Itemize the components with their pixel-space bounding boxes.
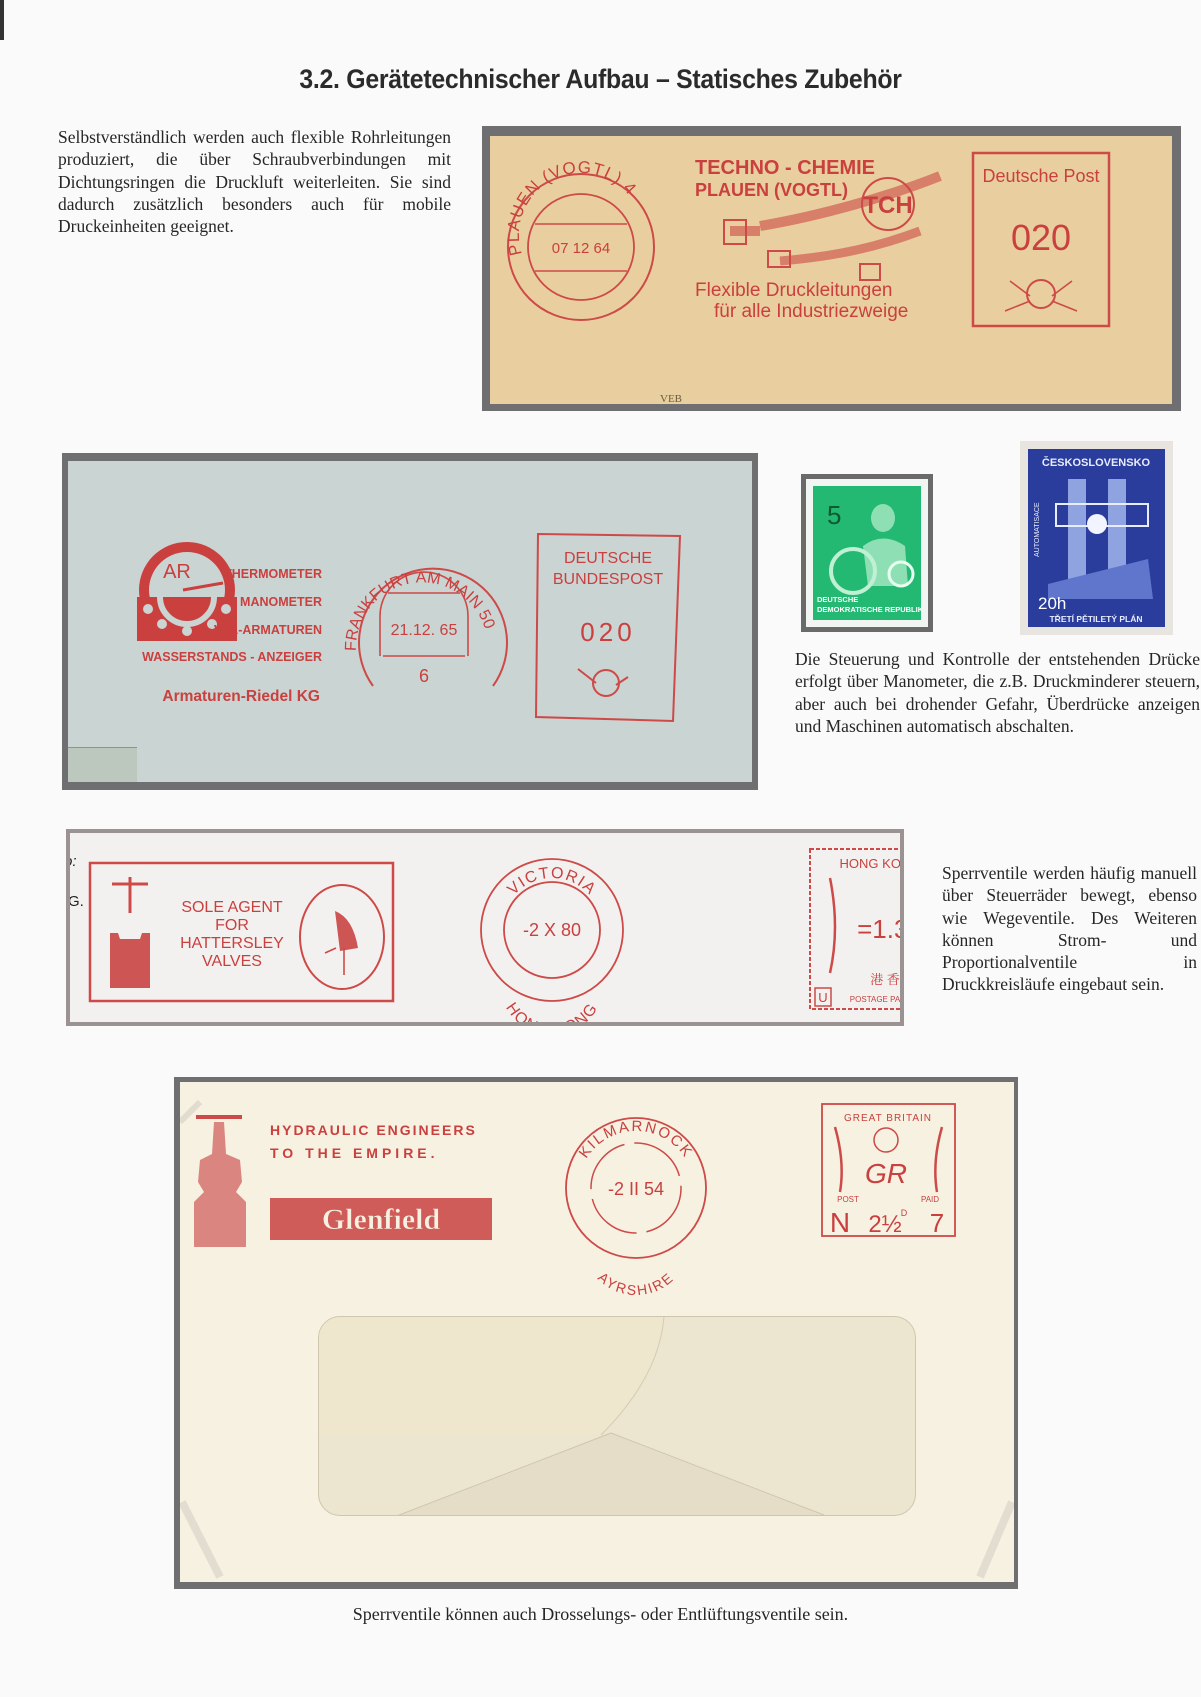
svg-text:5: 5 (827, 500, 841, 530)
svg-text:MANOMETER: MANOMETER (240, 595, 322, 609)
meter-deutsche-post: Deutsche Post 020 (973, 153, 1109, 326)
page-title: 3.2. Gerätetechnischer Aufbau – Statisch… (48, 64, 1153, 95)
svg-text:THERMOMETER: THERMOMETER (224, 567, 322, 581)
svg-text:AYRSHIRE: AYRSHIRE (595, 1269, 677, 1299)
svg-text:港 香: 港 香 (870, 972, 900, 987)
svg-text:KILMARNOCK: KILMARNOCK (576, 1118, 697, 1162)
svg-text:GREAT BRITAIN: GREAT BRITAIN (844, 1113, 932, 1124)
svg-text:BUNDESPOST: BUNDESPOST (553, 571, 663, 588)
meter-deutsche-bundespost: DEUTSCHE BUNDESPOST 020 (536, 534, 680, 721)
svg-text:DEMOKRATISCHE REPUBLIK: DEMOKRATISCHE REPUBLIK (817, 605, 921, 614)
svg-text:SOLE AGENT: SOLE AGENT (181, 899, 283, 916)
cover-frankfurt: AR THERMOMETER MANOMETER V4A-ARMATUREN W… (68, 461, 752, 782)
svg-text:N: N (830, 1207, 850, 1238)
svg-text:AR: AR (163, 561, 191, 583)
svg-text:-2 X 80: -2 X 80 (523, 920, 581, 940)
svg-text:o:: o: (70, 853, 77, 870)
stamp-ddr-5: 5 DEUTSCHE DEMOKRATISCHE REPUBLIK (806, 479, 928, 627)
svg-text:AUTOMATISACE: AUTOMATISACE (1034, 502, 1041, 557)
cover-hongkong: o: G. SOLE AGENT FOR HATTERSLEY VALVES V… (70, 833, 900, 1022)
svg-text:U: U (818, 990, 827, 1005)
svg-text:TECHNO - CHEMIE: TECHNO - CHEMIE (695, 157, 875, 179)
svg-text:Flexible Druckleitungen: Flexible Druckleitungen (695, 280, 893, 301)
svg-text:TŘETÍ PĚTILETÝ PLÁN: TŘETÍ PĚTILETÝ PLÁN (1049, 613, 1142, 624)
svg-text:TCH: TCH (863, 192, 912, 219)
envelope-window (318, 1316, 916, 1516)
svg-text:Deutsche Post: Deutsche Post (982, 166, 1099, 186)
svg-text:VALVES: VALVES (202, 953, 262, 970)
svg-text:G.: G. (70, 893, 84, 910)
svg-text:07 12 64: 07 12 64 (552, 240, 610, 257)
svg-text:020: 020 (580, 617, 635, 647)
svg-text:V4A-ARMATUREN: V4A-ARMATUREN (214, 623, 322, 637)
svg-text:7: 7 (930, 1208, 944, 1238)
svg-text:HYDRAULIC ENGINEERS: HYDRAULIC ENGINEERS (270, 1122, 477, 1138)
ad-hattersley-valves: SOLE AGENT FOR HATTERSLEY VALVES (90, 863, 393, 1001)
svg-text:6: 6 (419, 666, 429, 686)
svg-text:POSTAGE PAID: POSTAGE PAID (850, 995, 900, 1004)
postmark-frankfurt: FRANKFURT AM MAIN 50 21.12. 65 6 (343, 569, 507, 686)
svg-text:VICTORIA: VICTORIA (504, 865, 599, 899)
svg-text:GR: GR (865, 1158, 907, 1189)
meter-great-britain: GREAT BRITAIN GR POST PAID N 2½ D 7 (822, 1104, 955, 1238)
paragraph-sperrventile: Sperrventile werden häufig manuell über … (942, 862, 1197, 996)
postmark-kilmarnock: KILMARNOCK -2 II 54 AYRSHIRE (566, 1118, 706, 1298)
caption-drosselventile: Sperrventile können auch Drosselungs- od… (0, 1604, 1201, 1625)
postmark-victoria: VICTORIA -2 X 80 HONG KONG (481, 859, 623, 1022)
svg-text:21.12. 65: 21.12. 65 (391, 622, 458, 639)
svg-text:für alle Industriezweige: für alle Industriezweige (714, 301, 908, 322)
svg-text:D: D (901, 1208, 908, 1218)
paragraph-flexible-pipes: Selbstverständlich werden auch flexible … (58, 126, 451, 237)
paragraph-manometer: Die Steuerung und Kontrolle der entstehe… (795, 648, 1200, 737)
svg-text:FOR: FOR (215, 917, 249, 934)
svg-text:PLAUEN (VOGTL): PLAUEN (VOGTL) (695, 180, 848, 200)
svg-text:HATTERSLEY: HATTERSLEY (180, 935, 284, 952)
postmark-plauen: PLAUEN (VOGTL) 4 07 12 64 (504, 158, 654, 320)
svg-text:WASSERSTANDS - ANZEIGER: WASSERSTANDS - ANZEIGER (142, 650, 322, 664)
svg-text:POST: POST (837, 1195, 859, 1204)
ad-techno-chemie: TECHNO - CHEMIE PLAUEN (VOGTL) TCH Flexi… (695, 157, 940, 322)
scan-edge (0, 0, 4, 40)
stamp-czechoslovakia-20h: ČESKOSLOVENSKO AUTOMATISACE 20h TŘETÍ PĚ… (1020, 441, 1173, 635)
svg-text:Glenfield: Glenfield (322, 1203, 441, 1236)
cover-plauen: PLAUEN (VOGTL) 4 07 12 64 TECHNO - CHEMI… (490, 136, 1172, 404)
svg-text:PAID: PAID (921, 1195, 939, 1204)
svg-text:DEUTSCHE: DEUTSCHE (817, 595, 858, 604)
svg-text:-2 II 54: -2 II 54 (608, 1179, 664, 1199)
svg-text:HONG KONG: HONG KONG (840, 856, 900, 871)
ad-glenfield: HYDRAULIC ENGINEERS TO THE EMPIRE. Glenf… (194, 1117, 492, 1247)
svg-text:DEUTSCHE: DEUTSCHE (564, 550, 652, 567)
svg-text:2½: 2½ (868, 1211, 901, 1238)
svg-text:Armaturen-Riedel KG: Armaturen-Riedel KG (162, 688, 320, 705)
svg-text:=1.30: =1.30 (857, 914, 900, 944)
svg-text:20h: 20h (1038, 594, 1066, 613)
svg-text:020: 020 (1011, 217, 1071, 258)
svg-text:ČESKOSLOVENSKO: ČESKOSLOVENSKO (1042, 456, 1151, 469)
meter-hongkong: HONG KONG =1.30 港 香 U POSTAGE PAID 522 (810, 849, 900, 1009)
svg-text:VEB: VEB (660, 393, 682, 404)
svg-text:HONG KONG: HONG KONG (502, 1000, 601, 1022)
svg-text:TO THE EMPIRE.: TO THE EMPIRE. (270, 1145, 439, 1161)
